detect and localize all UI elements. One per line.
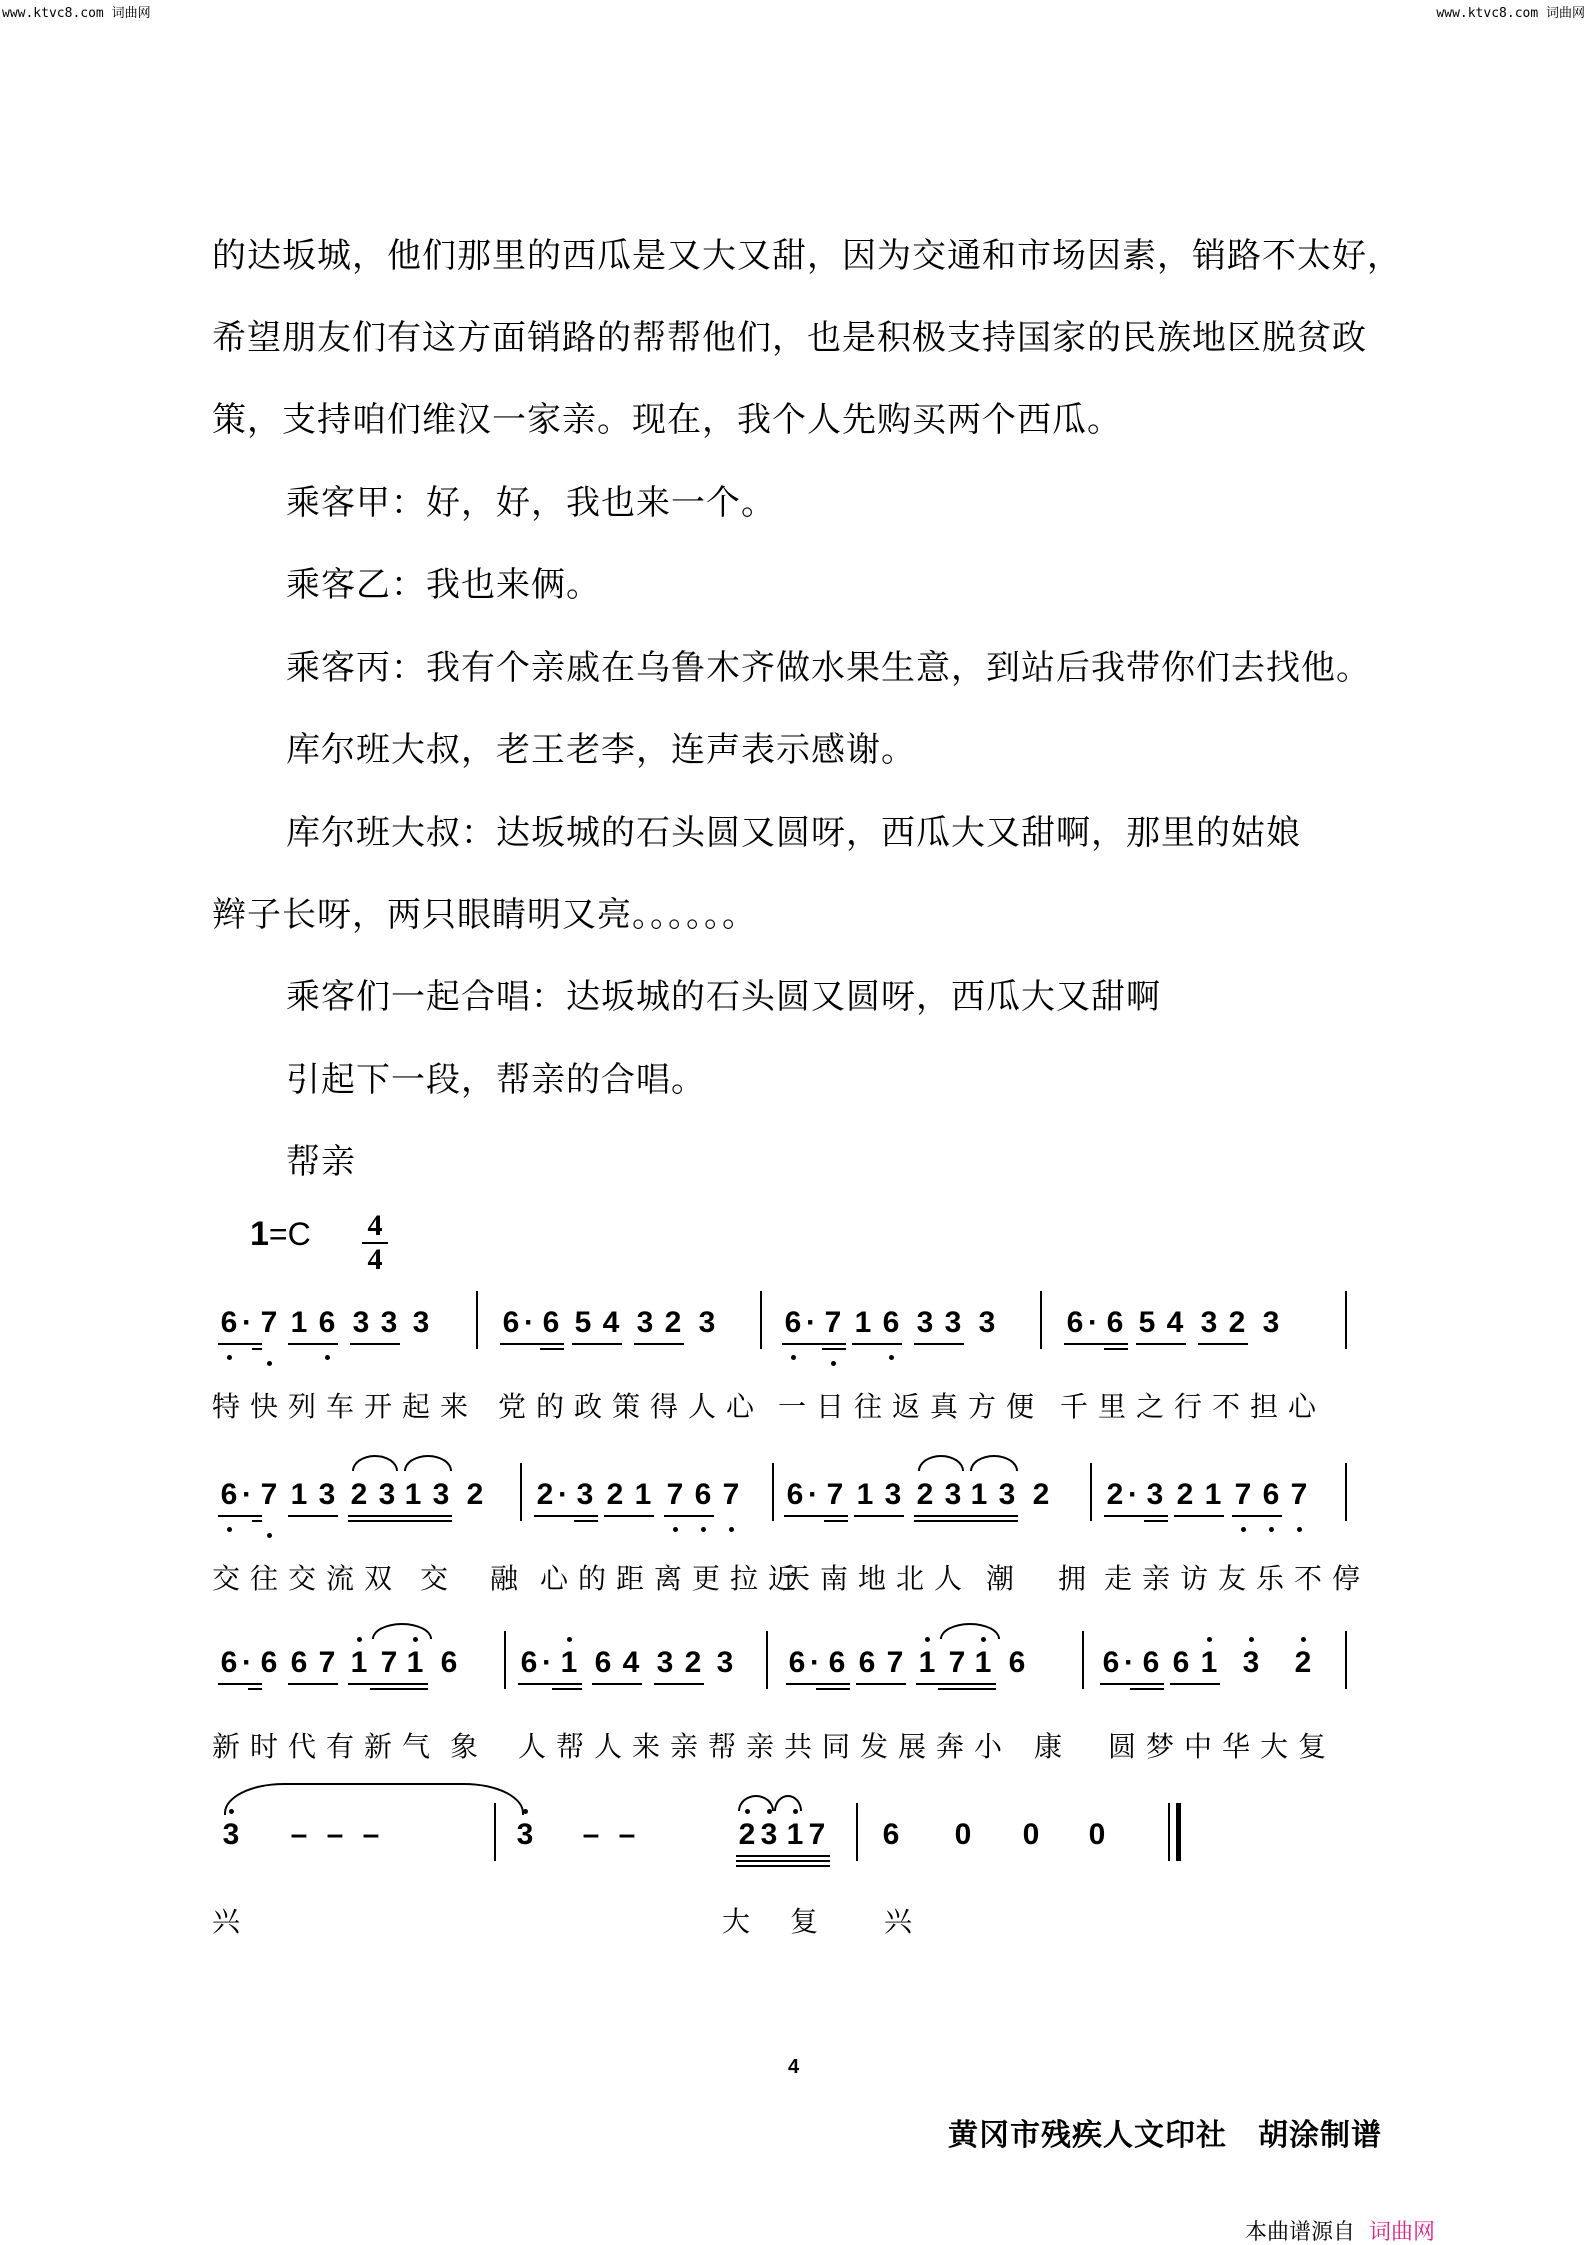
barline	[1345, 1463, 1347, 1521]
beam-underline	[518, 1683, 582, 1685]
jianpu-note: 6	[1100, 1645, 1122, 1681]
jianpu-note: 7	[824, 1477, 846, 1513]
slur-arc	[918, 1455, 964, 1471]
jianpu-note: 2	[1104, 1477, 1126, 1513]
slur-arc	[224, 1783, 524, 1815]
jianpu-note: 3	[882, 1477, 904, 1513]
beam-underline	[218, 1343, 262, 1345]
jianpu-note: 6	[826, 1645, 848, 1681]
jianpu-note: 2	[1174, 1477, 1196, 1513]
jianpu-note: 6	[316, 1305, 338, 1341]
jianpu-note: 3	[376, 1477, 398, 1513]
jianpu-note: 3	[1144, 1477, 1166, 1513]
jianpu-note: 6	[288, 1645, 310, 1681]
lyric-text: 兴	[212, 1900, 250, 1940]
jianpu-note: 1	[916, 1645, 938, 1681]
jianpu-note: 7	[822, 1305, 844, 1341]
jianpu-note: 6	[1140, 1645, 1162, 1681]
lyric-text: 圆梦中华大	[1108, 1725, 1298, 1765]
paragraph-4: 乘客甲：好，好，我也来一个。	[286, 475, 776, 524]
jianpu-note: 2	[534, 1477, 556, 1513]
jianpu-note: 7	[1288, 1477, 1310, 1513]
jianpu-note: 6	[218, 1305, 240, 1341]
paragraph-7: 库尔班大叔，老王老李，连声表示感谢。	[286, 722, 916, 771]
lyric-text: 交	[420, 1557, 458, 1597]
jianpu-note: 2	[1226, 1305, 1248, 1341]
paragraph-2: 希望朋友们有这方面销路的帮帮他们，也是积极支持国家的民族地区脱贫政	[212, 310, 1367, 359]
jianpu-note: 5	[1136, 1305, 1158, 1341]
jianpu-note: 3	[942, 1305, 964, 1341]
beam-underline	[500, 1343, 564, 1345]
jianpu-note: 0	[1086, 1817, 1108, 1853]
jianpu-note: 2	[662, 1305, 684, 1341]
jianpu-note: 3	[220, 1817, 242, 1853]
jianpu-note: 6	[540, 1305, 562, 1341]
jianpu-note: ·	[1086, 1305, 1100, 1341]
beam-underline	[604, 1515, 654, 1517]
jianpu-note: –	[360, 1817, 382, 1853]
slur-arc	[970, 1455, 1018, 1471]
beam-underline	[218, 1515, 262, 1517]
beam-underline	[1170, 1683, 1220, 1685]
low-octave-dot	[831, 1361, 836, 1366]
jianpu-note: 1	[1202, 1477, 1224, 1513]
barline	[766, 1631, 768, 1689]
jianpu-note: ·	[240, 1477, 254, 1513]
jianpu-note: 6	[786, 1645, 808, 1681]
high-octave-dot	[1249, 1637, 1254, 1642]
lyric-text: 复	[790, 1900, 828, 1940]
low-octave-dot	[673, 1527, 678, 1532]
jianpu-note: –	[324, 1817, 346, 1853]
beam-underline	[852, 1343, 902, 1345]
paragraph-9: 辫子长呀，两只眼睛明又亮。。。。。。	[212, 887, 757, 936]
beam-underline	[736, 1865, 830, 1867]
final-barline	[1176, 1803, 1181, 1861]
jianpu-note: 6	[218, 1477, 240, 1513]
lyric-text: 千里之行不担心	[1060, 1385, 1326, 1425]
low-octave-dot	[1269, 1527, 1274, 1532]
beam-underline	[592, 1683, 642, 1685]
jianpu-note: ·	[808, 1645, 822, 1681]
jianpu-note: 4	[620, 1645, 642, 1681]
low-octave-dot	[889, 1355, 894, 1360]
final-barline	[1168, 1803, 1170, 1861]
barline	[1345, 1291, 1347, 1349]
beam-underline	[634, 1343, 684, 1345]
jianpu-note: 3	[1240, 1645, 1262, 1681]
jianpu-note: 1	[854, 1477, 876, 1513]
beam-underline	[914, 1520, 1018, 1522]
lyric-text: 走亲访友乐不停	[1104, 1557, 1370, 1597]
jianpu-note: 1	[288, 1477, 310, 1513]
paragraph-3: 策，支持咱们维汉一家亲。现在，我个人先购买两个西瓜。	[212, 392, 1122, 441]
jianpu-note: 3	[350, 1305, 372, 1341]
jianpu-note: 3	[758, 1817, 780, 1853]
jianpu-note: 7	[258, 1477, 280, 1513]
barline	[1090, 1463, 1092, 1521]
beam-underline	[654, 1683, 704, 1685]
lyric-text: 复	[1298, 1725, 1336, 1765]
beam-underline	[914, 1343, 964, 1345]
beam-underline	[1104, 1348, 1128, 1350]
jianpu-note: 2	[736, 1817, 758, 1853]
lyric-text: 天南地北人	[782, 1557, 972, 1597]
jianpu-note: 6	[258, 1645, 280, 1681]
jianpu-note: 3	[654, 1645, 676, 1681]
paragraph-1: 的达坂城，他们那里的西瓜是又大又甜，因为交通和市场因素，销路不太好，	[212, 228, 1402, 277]
barline	[856, 1803, 858, 1861]
lyric-text: 兴	[884, 1900, 922, 1940]
lyric-text: 交往交流双	[212, 1557, 402, 1597]
low-octave-dot	[267, 1533, 272, 1538]
jianpu-note: 4	[1164, 1305, 1186, 1341]
jianpu-note: 3	[1198, 1305, 1220, 1341]
jianpu-note: ·	[522, 1305, 536, 1341]
high-octave-dot	[567, 1637, 572, 1642]
barline	[772, 1463, 774, 1521]
lyric-text: 象	[450, 1725, 488, 1765]
low-octave-dot	[791, 1355, 796, 1360]
jianpu-note: 6	[1006, 1645, 1028, 1681]
jianpu-note: –	[288, 1817, 310, 1853]
jianpu-note: 7	[1232, 1477, 1254, 1513]
jianpu-note: 6	[856, 1645, 878, 1681]
jianpu-note: 1	[852, 1305, 874, 1341]
beam-underline	[856, 1683, 906, 1685]
jianpu-note: 2	[604, 1477, 626, 1513]
jianpu-note: 0	[1020, 1817, 1042, 1853]
jianpu-note: 6	[784, 1477, 806, 1513]
high-octave-dot	[1301, 1637, 1306, 1642]
jianpu-note: 2	[682, 1645, 704, 1681]
jianpu-note: 7	[316, 1645, 338, 1681]
lyric-text: 融	[490, 1557, 528, 1597]
lyric-text: 心的距离更拉近	[540, 1557, 806, 1597]
credit-text: 黄冈市残疾人文印社 胡涂制谱	[948, 2110, 1382, 2154]
jianpu-note: 6	[1104, 1305, 1126, 1341]
low-octave-dot	[701, 1527, 706, 1532]
jianpu-note: 6	[782, 1305, 804, 1341]
jianpu-note: 2	[348, 1477, 370, 1513]
slur-arc	[738, 1795, 774, 1811]
barline	[1345, 1631, 1347, 1689]
jianpu-note: 1	[558, 1645, 580, 1681]
jianpu-note: 3	[696, 1305, 718, 1341]
low-octave-dot	[267, 1361, 272, 1366]
song-title: 帮亲	[286, 1134, 356, 1183]
jianpu-note: 1	[632, 1477, 654, 1513]
jianpu-note: 2	[914, 1477, 936, 1513]
beam-underline	[1104, 1515, 1168, 1517]
beam-underline	[248, 1688, 262, 1690]
beam-underline	[1064, 1343, 1128, 1345]
jianpu-note: 7	[884, 1645, 906, 1681]
jianpu-note: –	[616, 1817, 638, 1853]
time-signature: 44	[362, 1212, 388, 1274]
lyric-text: 一日往返真方便	[778, 1385, 1044, 1425]
jianpu-note: 1	[404, 1645, 426, 1681]
beam-underline	[1130, 1688, 1164, 1690]
jianpu-note: 3	[914, 1305, 936, 1341]
jianpu-note: ·	[804, 1305, 818, 1341]
beam-underline	[1136, 1343, 1186, 1345]
paragraph-5: 乘客乙：我也来俩。	[286, 557, 601, 606]
lyric-text: 党的政策得人心	[498, 1385, 764, 1425]
jianpu-note: 3	[378, 1305, 400, 1341]
beam-underline	[348, 1515, 452, 1517]
paragraph-6: 乘客丙：我有个亲戚在乌鲁木齐做水果生意，到站后我带你们去找他。	[286, 640, 1371, 689]
beam-underline	[664, 1515, 714, 1517]
jianpu-note: ·	[1122, 1645, 1136, 1681]
jianpu-note: 1	[402, 1477, 424, 1513]
jianpu-note: 3	[430, 1477, 452, 1513]
jianpu-note: 1	[972, 1645, 994, 1681]
slur-arc	[404, 1455, 452, 1471]
low-octave-dot	[325, 1355, 330, 1360]
jianpu-note: ·	[806, 1477, 820, 1513]
low-octave-dot	[1297, 1527, 1302, 1532]
jianpu-note: 0	[952, 1817, 974, 1853]
jianpu-note: 6	[880, 1817, 902, 1853]
beam-underline	[916, 1683, 996, 1685]
paragraph-8: 库尔班大叔：达坂城的石头圆又圆呀，西瓜大又甜啊，那里的姑娘	[286, 805, 1301, 854]
beam-underline	[816, 1688, 850, 1690]
barline	[1040, 1291, 1042, 1349]
source-note: 本曲谱源自词曲网	[1245, 2215, 1435, 2245]
beam-underline	[252, 1520, 262, 1522]
low-octave-dot	[227, 1527, 232, 1532]
beam-underline	[348, 1683, 428, 1685]
paragraph-10: 乘客们一起合唱：达坂城的石头圆又圆呀，西瓜大又甜啊	[286, 969, 1161, 1018]
slur-arc	[940, 1623, 1000, 1639]
beam-underline	[288, 1515, 338, 1517]
beam-underline	[348, 1520, 452, 1522]
watermark-left: www.ktvc8.com 词曲网	[2, 2, 151, 21]
beam-underline	[552, 1688, 582, 1690]
jianpu-note: ·	[240, 1305, 254, 1341]
watermark-right: www.ktvc8.com 词曲网	[1436, 2, 1585, 21]
beam-underline	[736, 1855, 830, 1857]
jianpu-note: 7	[806, 1817, 828, 1853]
jianpu-note: 2	[1292, 1645, 1314, 1681]
jianpu-note: 2	[1030, 1477, 1052, 1513]
beam-underline	[572, 1343, 622, 1345]
barline	[760, 1291, 762, 1349]
jianpu-note: 3	[714, 1645, 736, 1681]
jianpu-note: –	[580, 1817, 602, 1853]
lyric-text: 拥	[1058, 1557, 1096, 1597]
beam-underline	[218, 1683, 262, 1685]
jianpu-note: 7	[946, 1645, 968, 1681]
beam-underline	[574, 1520, 598, 1522]
jianpu-note: 6	[438, 1645, 460, 1681]
lyric-text: 康	[1034, 1725, 1072, 1765]
jianpu-note: 3	[942, 1477, 964, 1513]
jianpu-note: 4	[600, 1305, 622, 1341]
jianpu-note: 6	[1064, 1305, 1086, 1341]
page-number: 4	[788, 2056, 799, 2079]
lyric-text: 人帮人来亲帮亲	[518, 1725, 784, 1765]
jianpu-note: 1	[348, 1645, 370, 1681]
jianpu-note: 3	[410, 1305, 432, 1341]
slur-arc	[774, 1795, 802, 1811]
barline	[504, 1631, 506, 1689]
jianpu-note: 1	[1198, 1645, 1220, 1681]
jianpu-note: 3	[996, 1477, 1018, 1513]
beam-underline	[1198, 1343, 1248, 1345]
beam-underline	[288, 1683, 338, 1685]
beam-underline	[534, 1515, 598, 1517]
jianpu-note: 6	[500, 1305, 522, 1341]
key-signature: 1=C	[250, 1215, 311, 1254]
jianpu-note: 6	[518, 1645, 540, 1681]
jianpu-note: 1	[784, 1817, 806, 1853]
low-octave-dot	[1241, 1527, 1246, 1532]
beam-underline	[288, 1343, 338, 1345]
beam-underline	[938, 1688, 996, 1690]
beam-underline	[1144, 1520, 1168, 1522]
jianpu-note: 6	[692, 1477, 714, 1513]
lyric-text: 共同发展奔小	[784, 1725, 1012, 1765]
jianpu-note: 3	[514, 1817, 536, 1853]
beam-underline	[914, 1515, 1018, 1517]
jianpu-note: 1	[968, 1477, 990, 1513]
jianpu-note: 2	[464, 1477, 486, 1513]
beam-underline	[350, 1343, 400, 1345]
beam-underline	[782, 1343, 846, 1345]
paragraph-11: 引起下一段，帮亲的合唱。	[286, 1052, 706, 1101]
jianpu-note: ·	[556, 1477, 570, 1513]
lyric-text: 新时代有新气	[212, 1725, 440, 1765]
jianpu-note: 7	[258, 1305, 280, 1341]
jianpu-note: 6	[592, 1645, 614, 1681]
jianpu-note: ·	[1126, 1477, 1140, 1513]
barline	[1082, 1631, 1084, 1689]
beam-underline	[854, 1515, 904, 1517]
beam-underline	[1232, 1515, 1282, 1517]
jianpu-note: 3	[574, 1477, 596, 1513]
barline	[476, 1291, 478, 1349]
high-octave-dot	[357, 1637, 362, 1642]
jianpu-note: 3	[634, 1305, 656, 1341]
lyric-text: 大	[722, 1900, 760, 1940]
jianpu-note: 6	[218, 1645, 240, 1681]
beam-underline	[252, 1348, 262, 1350]
jianpu-note: 3	[1260, 1305, 1282, 1341]
beam-underline	[1174, 1515, 1224, 1517]
jianpu-note: 3	[976, 1305, 998, 1341]
jianpu-note: ·	[240, 1645, 254, 1681]
jianpu-note: 3	[316, 1477, 338, 1513]
jianpu-note: 7	[720, 1477, 742, 1513]
lyric-text: 特快列车开起来	[212, 1385, 478, 1425]
jianpu-note: 6	[1260, 1477, 1282, 1513]
beam-underline	[736, 1860, 830, 1862]
source-brand: 词曲网	[1369, 2220, 1435, 2245]
jianpu-note: 7	[664, 1477, 686, 1513]
slur-arc	[372, 1623, 432, 1639]
beam-underline	[822, 1348, 846, 1350]
slur-arc	[352, 1455, 398, 1471]
jianpu-note: 1	[288, 1305, 310, 1341]
jianpu-note: 7	[378, 1645, 400, 1681]
low-octave-dot	[227, 1355, 232, 1360]
high-octave-dot	[1207, 1637, 1212, 1642]
barline	[520, 1463, 522, 1521]
lyric-text: 潮	[986, 1557, 1024, 1597]
jianpu-note: 6	[880, 1305, 902, 1341]
low-octave-dot	[729, 1527, 734, 1532]
beam-underline	[786, 1683, 850, 1685]
beam-underline	[540, 1348, 564, 1350]
jianpu-note: 5	[572, 1305, 594, 1341]
jianpu-note: ·	[540, 1645, 554, 1681]
jianpu-note: 6	[1170, 1645, 1192, 1681]
beam-underline	[370, 1688, 428, 1690]
beam-underline	[1100, 1683, 1164, 1685]
beam-underline	[784, 1515, 848, 1517]
high-octave-dot	[925, 1637, 930, 1642]
beam-underline	[824, 1520, 848, 1522]
